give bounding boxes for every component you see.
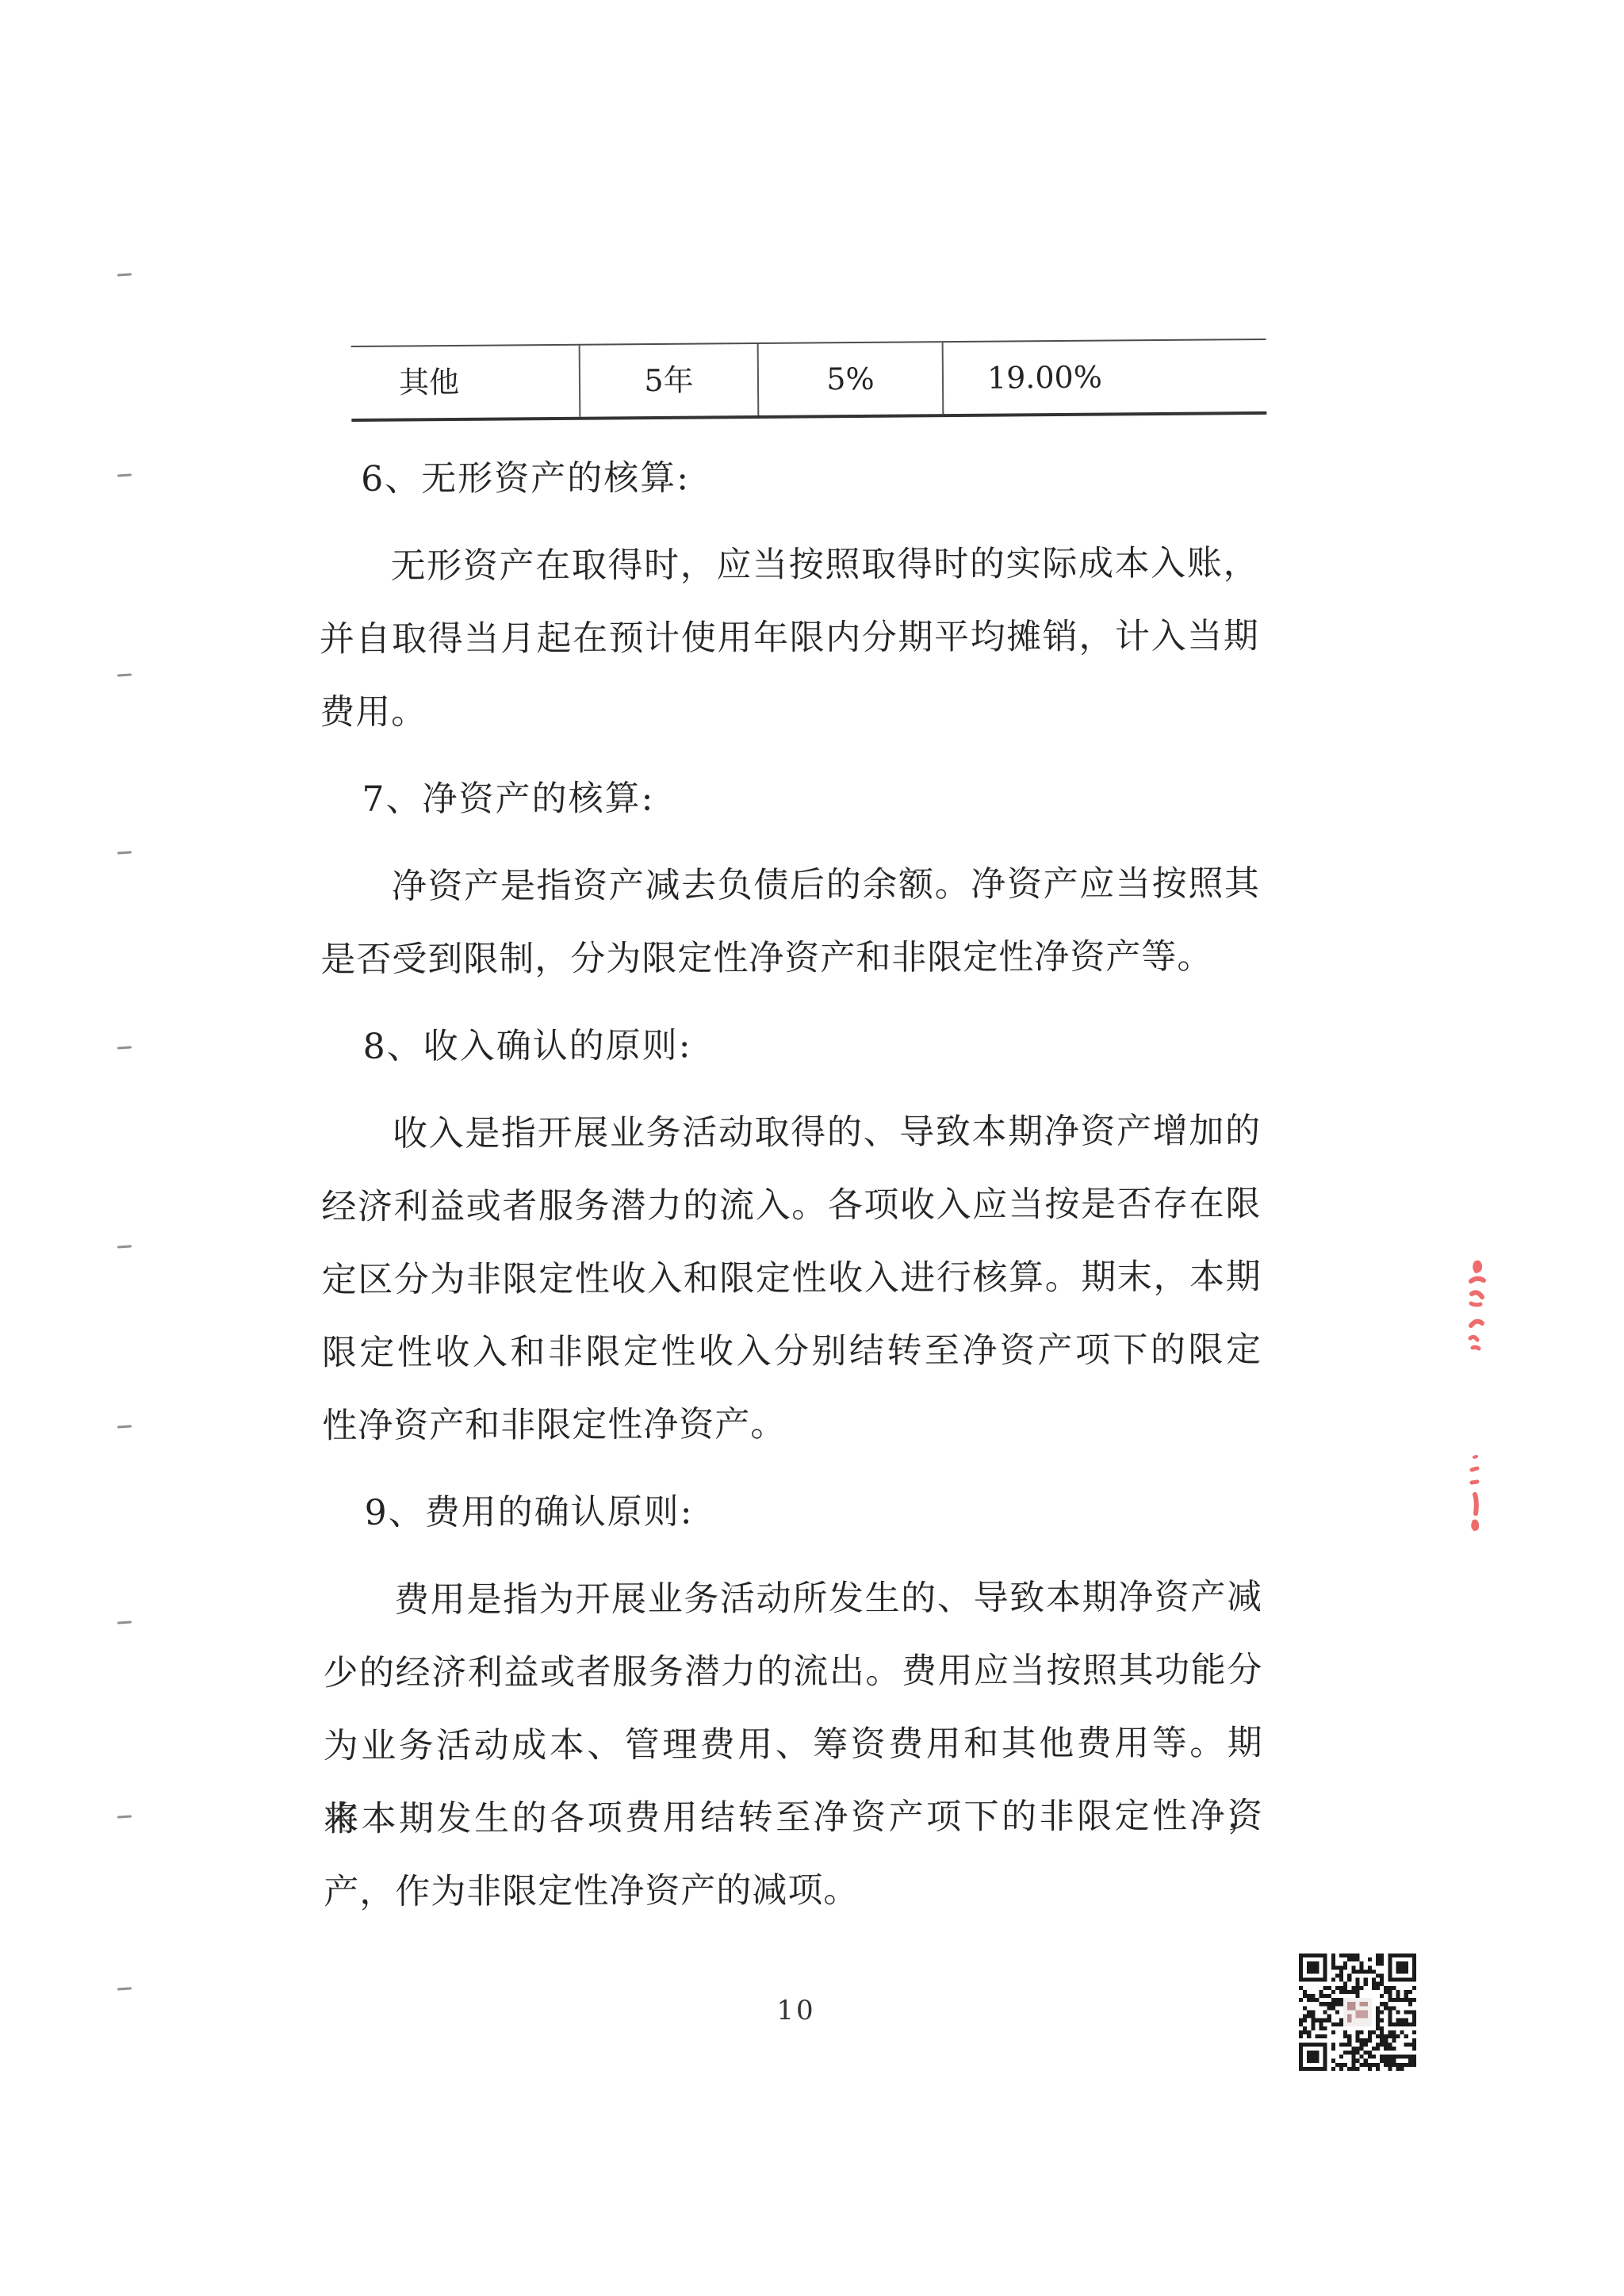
binding-mark	[117, 1046, 132, 1049]
table-cell-depreciation-rate: 19.00%	[944, 340, 1267, 414]
body-line: 将本期发生的各项费用结转至净资产项下的非限定性净资	[324, 1780, 1263, 1856]
body-line: 无形资产在取得时，应当按照取得时的实际成本入账，	[319, 527, 1258, 603]
table-cell-residual-rate: 5%	[759, 342, 944, 415]
table-cell-category: 其他	[351, 346, 581, 419]
body-line: 收入是指开展业务活动取得的、导致本期净资产增加的	[321, 1095, 1261, 1171]
body-line: 并自取得当月起在预计使用年限内分期平均摊销，计入当期	[320, 600, 1259, 676]
body-line: 产，作为非限定性净资产的减项。	[324, 1853, 1263, 1929]
table-cell-useful-life: 5年	[580, 344, 760, 417]
body-line: 性净资产和非限定性净资产。	[322, 1387, 1262, 1463]
body-line: 为业务活动成本、管理费用、筹资费用和其他费用等。期末，	[324, 1707, 1263, 1783]
table-row-fragment: 其他 5年 5% 19.00%	[351, 339, 1267, 422]
red-seal-fragment	[1461, 1253, 1488, 1538]
body-line: 费用。	[320, 673, 1259, 749]
qr-code	[1298, 1954, 1417, 2071]
body-line: 限定性收入和非限定性收入分别结转至净资产项下的限定	[322, 1314, 1262, 1390]
table-row: 其他 5年 5% 19.00%	[351, 340, 1267, 419]
binding-mark	[117, 273, 132, 276]
body-line: 少的经济利益或者服务潜力的流出。费用应当按照其功能分	[323, 1634, 1262, 1710]
section-heading-6: 6、无形资产的核算:	[319, 440, 1258, 516]
text-column: 6、无形资产的核算:无形资产在取得时，应当按照取得时的实际成本入账，并自取得当月…	[319, 440, 1264, 1929]
binding-mark	[117, 851, 132, 854]
body-line: 经济利益或者服务潜力的流入。各项收入应当按是否存在限	[321, 1168, 1261, 1244]
section-heading-9: 9、费用的确认原则:	[323, 1474, 1262, 1550]
binding-mark	[117, 1815, 132, 1818]
binding-mark	[117, 1425, 132, 1428]
page-number: 10	[764, 1995, 828, 2026]
binding-mark	[117, 473, 132, 476]
body-line: 定区分为非限定性收入和限定性收入进行核算。期末，本期	[322, 1241, 1262, 1317]
section-heading-7: 7、净资产的核算:	[320, 760, 1259, 836]
body-line: 费用是指为开展业务活动所发生的、导致本期净资产减	[323, 1561, 1262, 1637]
binding-mark	[117, 1245, 132, 1248]
body-line: 净资产是指资产减去负债后的余额。净资产应当按照其	[320, 848, 1260, 924]
section-heading-8: 8、收入确认的原则:	[320, 1008, 1260, 1084]
document-page: 其他 5年 5% 19.00% 6、无形资产的核算:无形资产在取得时，应当按照取…	[0, 0, 1624, 2296]
binding-mark	[117, 673, 132, 676]
binding-mark	[117, 1621, 132, 1624]
binding-mark	[117, 1987, 132, 1990]
body-line: 是否受到限制，分为限定性净资产和非限定性净资产等。	[320, 920, 1260, 997]
